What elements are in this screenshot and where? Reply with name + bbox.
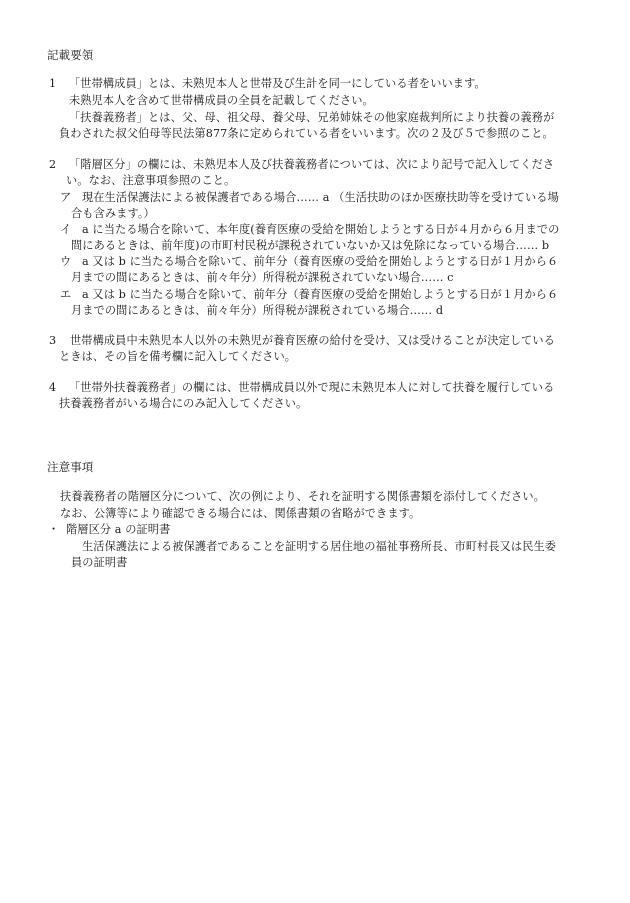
section-title: 記載要領 bbox=[47, 48, 93, 62]
section-number: 2 bbox=[49, 158, 56, 172]
bullet-line: 員の証明書 bbox=[71, 556, 127, 570]
paragraph-line: 未熟児本人を含めて世帯構成員の全員を記載してください。 bbox=[69, 94, 374, 108]
notes-intro-line: 扶養義務者の階層区分について、次の例により、それを証明する関係書類を添付してくだ… bbox=[60, 490, 545, 504]
item-marker: ア bbox=[60, 191, 71, 205]
paragraph-line: 「扶養義務者」とは、父、母、祖父母、養父母、兄弟姉妹その他家庭裁判所により扶養の… bbox=[69, 111, 554, 125]
bullet-line: 生活保護法による被保護者であることを証明する居住地の福祉事務所長、市町村長又は民… bbox=[82, 540, 556, 554]
bullet-label: 階層区分 a の証明書 bbox=[66, 523, 170, 537]
paragraph-line: 「世帯外扶養義務者」の欄には、世帯構成員以外で現に未熟児本人に対して扶養を履行し… bbox=[69, 381, 554, 395]
paragraph-line: 「世帯構成員」とは、未熟児本人と世帯及び生計を同一にしている者をいいます。 bbox=[69, 77, 486, 91]
paragraph-line: 世帯構成員中未熟児本人以外の未熟児が養育医療の給付を受け、又は受けることが決定し… bbox=[70, 334, 555, 348]
notes-title: 注意事項 bbox=[47, 460, 93, 474]
document-page: 記載要領 1 「世帯構成員」とは、未熟児本人と世帯及び生計を同一にしている者をい… bbox=[0, 0, 630, 903]
item-line: a に当たる場合を除いて、本年度(養育医療の受給を開始しようとする日が４月から６… bbox=[82, 223, 559, 237]
item-line: 合も含みます。） bbox=[71, 207, 155, 221]
section-number: 4 bbox=[49, 381, 56, 395]
item-line: a 又は b に当たる場合を除いて、前年分（養育医療の受給を開始しようとする日が… bbox=[82, 255, 558, 269]
paragraph-line: 「階層区分」の欄には、未熟児本人及び扶養義務者については、次により記号で記入して… bbox=[69, 158, 554, 172]
item-marker: イ bbox=[60, 223, 71, 237]
item-line: 月までの間にあるときは、前々年分）所得税が課税されている場合…… d bbox=[71, 304, 443, 318]
bullet-marker: ・ bbox=[48, 523, 59, 537]
notes-intro-line: なお、公簿等により確認できる場合には、関係書類の省略ができます。 bbox=[60, 507, 420, 521]
section-number: 1 bbox=[49, 77, 56, 91]
paragraph-line: 扶養義務者がいる場合にのみ記入してください。 bbox=[59, 397, 307, 411]
item-line: 間にあるときは、前年度)の市町村民税が課税されていないか又は免除になっている場合… bbox=[71, 239, 549, 253]
item-line: a 又は b に当たる場合を除いて、前年分（養育医療の受給を開始しようとする日が… bbox=[82, 288, 558, 302]
paragraph-line: ときは、その旨を備考欄に記入してください。 bbox=[59, 350, 296, 364]
item-marker: ウ bbox=[60, 255, 71, 269]
section-number: 3 bbox=[49, 334, 56, 348]
item-line: 月までの間にあるときは、前々年分）所得税が課税されていない場合…… c bbox=[71, 271, 454, 285]
item-marker: エ bbox=[60, 288, 71, 302]
item-line: 現在生活保護法による被保護者である場合…… a （生活扶助のほか医療扶助等を受け… bbox=[82, 191, 559, 205]
paragraph-line: い。なお、注意事項参照のこと。 bbox=[66, 174, 235, 188]
paragraph-line: 負わされた叔父伯母等民法第877条に定められている者をいいます。次の２及び５で参… bbox=[59, 127, 554, 141]
